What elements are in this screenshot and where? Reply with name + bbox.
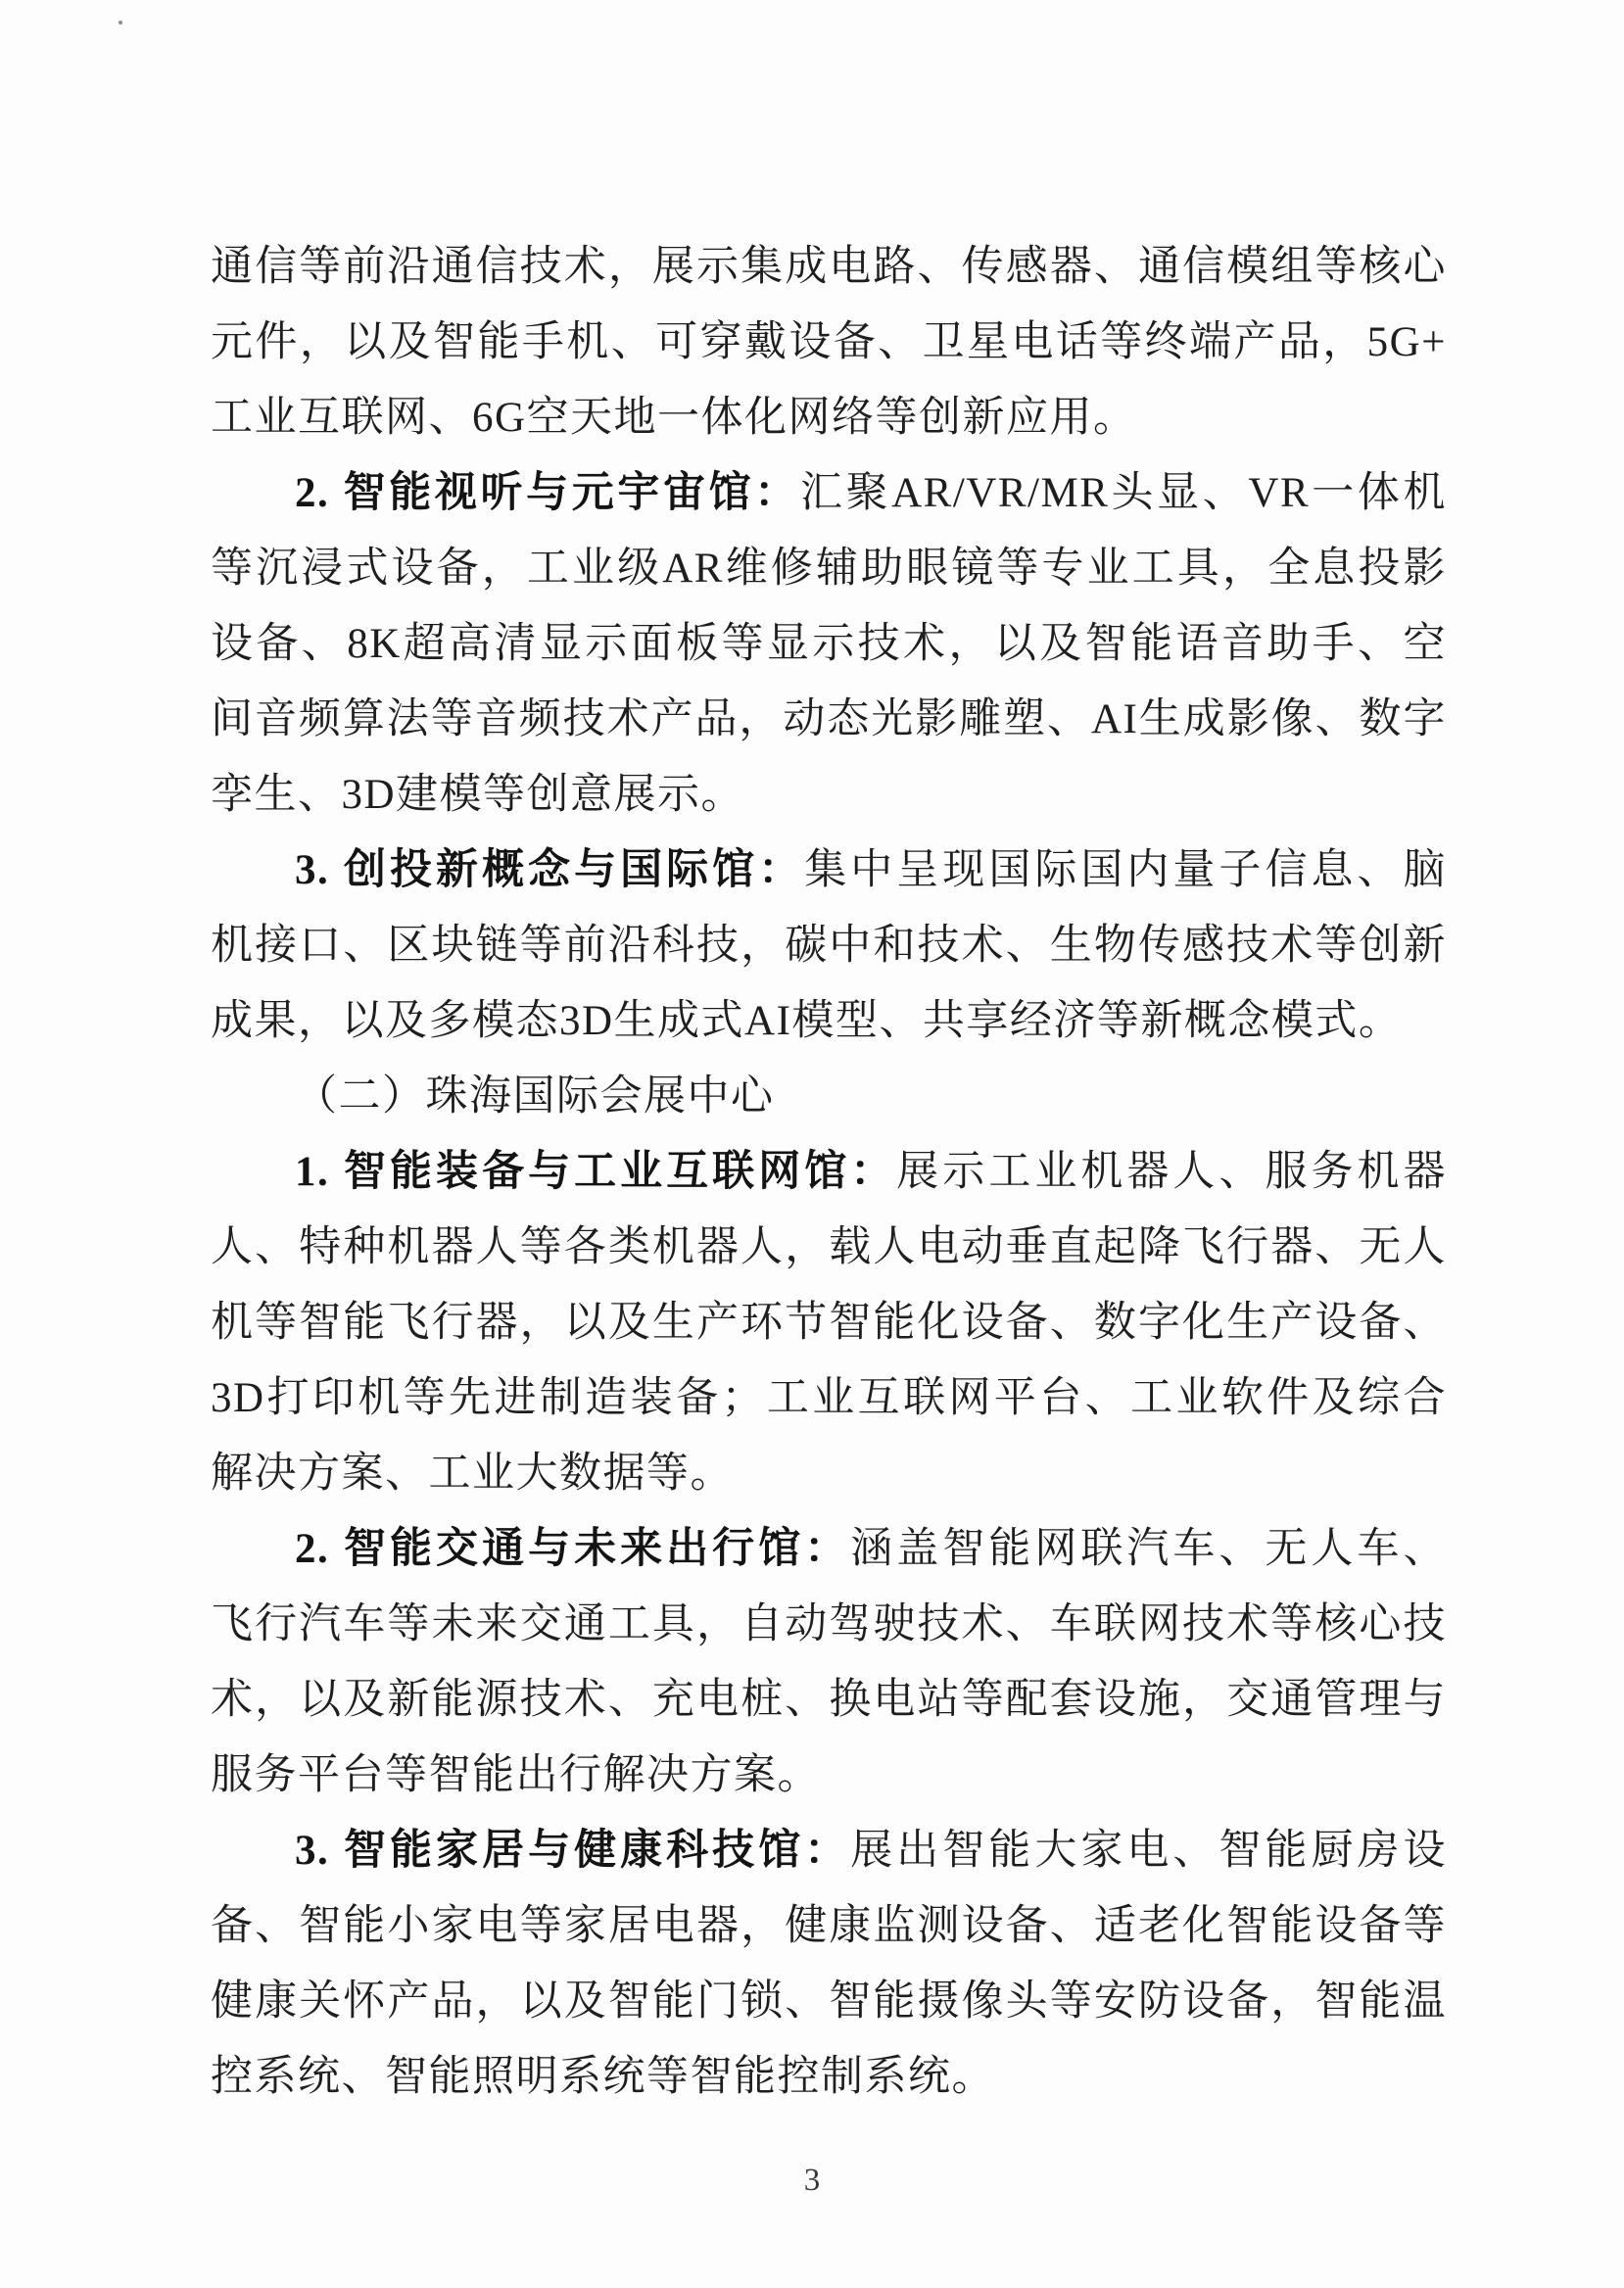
body-text: 设备、8K超高清显示面板等显示技术，以及智能语音助手、空 <box>211 621 1447 667</box>
body-text: 工业互联网、6G空天地一体化网络等创新应用。 <box>211 395 1137 441</box>
body-text: 备、智能小家电等家居电器，健康监测设备、适老化智能设备等 <box>211 1903 1447 1949</box>
text-line: 通信等前沿通信技术，展示集成电路、传感器、通信模组等核心 <box>211 229 1447 305</box>
document-body: 通信等前沿通信技术，展示集成电路、传感器、通信模组等核心元件，以及智能手机、可穿… <box>211 229 1447 2115</box>
text-line: 3D打印机等先进制造装备；工业互联网平台、工业软件及综合 <box>211 1360 1447 1436</box>
hall-heading: 1. 智能装备与工业互联网馆： <box>295 1149 896 1195</box>
body-text: 飞行汽车等未来交通工具，自动驾驶技术、车联网技术等核心技 <box>211 1601 1447 1647</box>
body-text: 汇聚AR/VR/MR头显、VR一体机 <box>800 470 1447 516</box>
text-line: 人、特种机器人等各类机器人，载人电动垂直起降飞行器、无人 <box>211 1210 1447 1285</box>
text-line: 术，以及新能源技术、充电桩、换电站等配套设施，交通管理与 <box>211 1662 1447 1738</box>
body-text: 涵盖智能网联汽车、无人车、 <box>850 1526 1447 1572</box>
text-line: 控系统、智能照明系统等智能控制系统。 <box>211 2039 1447 2115</box>
body-text: 控系统、智能照明系统等智能控制系统。 <box>211 2054 995 2100</box>
body-text: 解决方案、工业大数据等。 <box>211 1451 734 1497</box>
body-text: 元件，以及智能手机、可穿戴设备、卫星电话等终端产品，5G+ <box>211 319 1447 365</box>
text-line: 元件，以及智能手机、可穿戴设备、卫星电话等终端产品，5G+ <box>211 305 1447 380</box>
text-line: 成果，以及多模态3D生成式AI模型、共享经济等新概念模式。 <box>211 983 1447 1059</box>
document-page: 通信等前沿通信技术，展示集成电路、传感器、通信模组等核心元件，以及智能手机、可穿… <box>0 0 1624 2288</box>
text-line: 健康关怀产品，以及智能门锁、智能摄像头等安防设备，智能温 <box>211 1964 1447 2039</box>
text-line: 机等智能飞行器，以及生产环节智能化设备、数字化生产设备、 <box>211 1285 1447 1360</box>
text-line: 等沉浸式设备，工业级AR维修辅助眼镜等专业工具，全息投影 <box>211 531 1447 606</box>
body-text: 展示工业机器人、服务机器 <box>896 1149 1447 1195</box>
text-line: 2. 智能视听与元宇宙馆：汇聚AR/VR/MR头显、VR一体机 <box>211 455 1447 531</box>
text-line: 3. 创投新概念与国际馆：集中呈现国际国内量子信息、脑 <box>211 833 1447 908</box>
hall-heading: 3. 智能家居与健康科技馆： <box>295 1828 850 1874</box>
body-text: 人、特种机器人等各类机器人，载人电动垂直起降飞行器、无人 <box>211 1224 1447 1270</box>
text-line: （二）珠海国际会展中心 <box>211 1059 1447 1134</box>
hall-heading: 2. 智能交通与未来出行馆： <box>295 1526 850 1572</box>
body-text: 孪生、3D建模等创意展示。 <box>211 772 744 818</box>
body-text: 机接口、区块链等前沿科技，碳中和技术、生物传感技术等创新 <box>211 923 1447 969</box>
body-text: 通信等前沿通信技术，展示集成电路、传感器、通信模组等核心 <box>211 244 1447 290</box>
body-text: 等沉浸式设备，工业级AR维修辅助眼镜等专业工具，全息投影 <box>211 546 1447 592</box>
body-text: 展出智能大家电、智能厨房设 <box>850 1828 1447 1874</box>
body-text: 成果，以及多模态3D生成式AI模型、共享经济等新概念模式。 <box>211 998 1402 1044</box>
body-text: 服务平台等智能出行解决方案。 <box>211 1752 821 1798</box>
text-line: 3. 智能家居与健康科技馆：展出智能大家电、智能厨房设 <box>211 1813 1447 1888</box>
body-text: 间音频算法等音频技术产品，动态光影雕塑、AI生成影像、数字 <box>211 696 1447 742</box>
text-line: 飞行汽车等未来交通工具，自动驾驶技术、车联网技术等核心技 <box>211 1587 1447 1662</box>
body-text: （二）珠海国际会展中心 <box>295 1073 775 1120</box>
body-text: 3D打印机等先进制造装备；工业互联网平台、工业软件及综合 <box>211 1375 1447 1421</box>
body-text: 集中呈现国际国内量子信息、脑 <box>804 847 1447 893</box>
text-line: 1. 智能装备与工业互联网馆：展示工业机器人、服务机器 <box>211 1134 1447 1210</box>
text-line: 2. 智能交通与未来出行馆：涵盖智能网联汽车、无人车、 <box>211 1511 1447 1587</box>
text-line: 服务平台等智能出行解决方案。 <box>211 1738 1447 1813</box>
page-footer: 3 <box>0 2163 1624 2199</box>
text-line: 工业互联网、6G空天地一体化网络等创新应用。 <box>211 380 1447 455</box>
body-text: 健康关怀产品，以及智能门锁、智能摄像头等安防设备，智能温 <box>211 1978 1447 2025</box>
hall-heading: 3. 创投新概念与国际馆： <box>295 847 804 893</box>
text-line: 机接口、区块链等前沿科技，碳中和技术、生物传感技术等创新 <box>211 908 1447 983</box>
text-line: 解决方案、工业大数据等。 <box>211 1436 1447 1511</box>
scan-artifact-dot <box>119 21 122 24</box>
body-text: 机等智能飞行器，以及生产环节智能化设备、数字化生产设备、 <box>211 1300 1447 1346</box>
text-line: 间音频算法等音频技术产品，动态光影雕塑、AI生成影像、数字 <box>211 682 1447 757</box>
text-line: 孪生、3D建模等创意展示。 <box>211 757 1447 833</box>
text-line: 备、智能小家电等家居电器，健康监测设备、适老化智能设备等 <box>211 1888 1447 1964</box>
body-text: 术，以及新能源技术、充电桩、换电站等配套设施，交通管理与 <box>211 1677 1447 1723</box>
hall-heading: 2. 智能视听与元宇宙馆： <box>295 470 800 516</box>
text-line: 设备、8K超高清显示面板等显示技术，以及智能语音助手、空 <box>211 606 1447 682</box>
page-number: 3 <box>804 2163 821 2198</box>
